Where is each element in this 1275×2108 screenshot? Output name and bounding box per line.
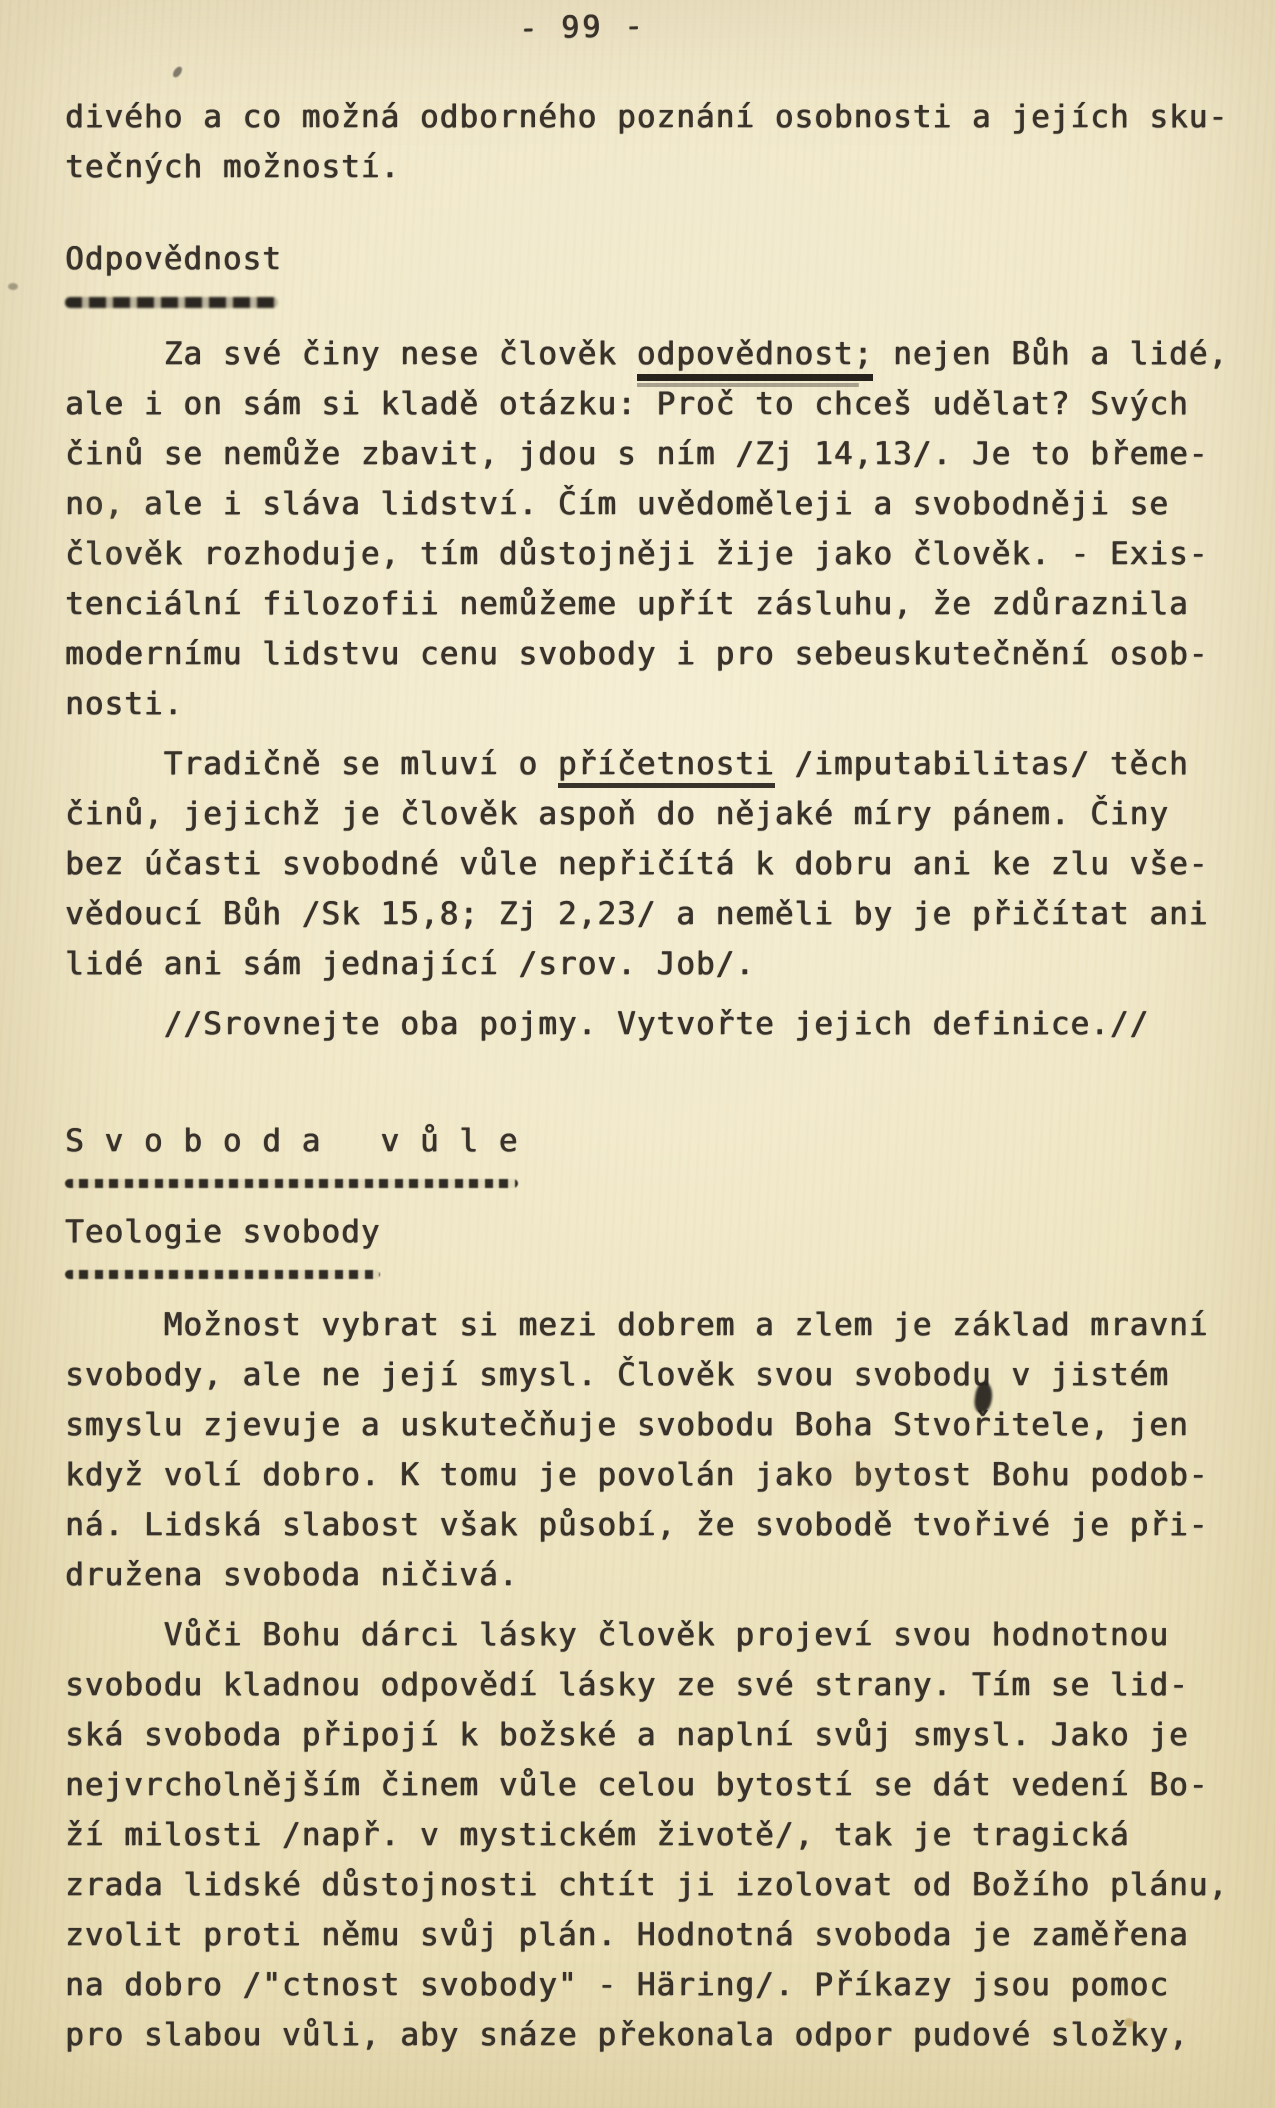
text-line: vědoucí Bůh /Sk 15,8; Zj 2,23/ a neměli … (65, 889, 1250, 939)
text-line: tenciální filozofii nemůžeme upřít záslu… (65, 579, 1250, 629)
text-line: no, ale i sláva lidství. Čím uvědoměleji… (65, 479, 1250, 529)
text-line: zvolit proti němu svůj plán. Hodnotná sv… (65, 1910, 1250, 1960)
text-line: ská svoboda připojí k božské a naplní sv… (65, 1710, 1250, 1760)
text-segment: nejvrcholnějším činem vůle celou bytostí… (65, 1767, 1208, 1803)
document-body: divého a co možná odborného poznání osob… (65, 92, 1250, 2060)
text-segment: družena svoboda ničivá. (65, 1557, 518, 1593)
text-segment: svobodu kladnou odpovědí lásky ze své st… (65, 1667, 1189, 1703)
paragraph: Tradičně se mluví o příčetnosti /imputab… (65, 739, 1250, 989)
text-segment: no, ale i sláva lidství. Čím uvědoměleji… (65, 486, 1169, 522)
text-line: činů, jejichž je člověk aspoň do nějaké … (65, 789, 1250, 839)
section-heading: S v o b o d a v ů l e (65, 1116, 1250, 1188)
text-segment: Možnost vybrat si mezi dobrem a zlem je … (65, 1307, 1208, 1343)
paper-speck (8, 283, 18, 290)
paragraph: divého a co možná odborného poznání osob… (65, 92, 1250, 192)
text-segment: smyslu zjevuje a uskutečňuje svobodu Boh… (65, 1407, 1189, 1443)
text-line: pro slabou vůli, aby snáze překonala odp… (65, 2010, 1250, 2060)
paragraph: //Srovnejte oba pojmy. Vytvořte jejich d… (65, 999, 1250, 1049)
text-line: svobody, ale ne její smysl. Člověk svou … (65, 1350, 1250, 1400)
text-segment: svobody, ale ne její smysl. Člověk svou … (65, 1357, 1169, 1393)
text-segment: divého a co možná odborného poznání osob… (65, 99, 1228, 135)
text-line: divého a co možná odborného poznání osob… (65, 92, 1250, 142)
text-segment: tečných možností. (65, 149, 400, 185)
text-segment: lidé ani sám jednající /srov. Job/. (65, 946, 755, 982)
text-line: člověk rozhoduje, tím důstojněji žije ja… (65, 529, 1250, 579)
text-line: bez účasti svobodné vůle nepřičítá k dob… (65, 839, 1250, 889)
paper-speck (1124, 2018, 1134, 2027)
text-line: nosti. (65, 679, 1250, 729)
text-segment: ná. Lidská slabost však působí, že svobo… (65, 1507, 1208, 1543)
text-line: činů se nemůže zbavit, jdou s ním /Zj 14… (65, 429, 1250, 479)
text-segment: /imputabilitas/ těch (775, 746, 1189, 782)
paragraph: Za své činy nese člověk odpovědnost; nej… (65, 329, 1250, 729)
underlined-term: příčetnosti (558, 746, 775, 795)
text-line: zrada lidské důstojnosti chtít ji izolov… (65, 1860, 1250, 1910)
text-line: Tradičně se mluví o příčetnosti /imputab… (65, 739, 1250, 789)
text-segment: pro slabou vůli, aby snáze překonala odp… (65, 2017, 1189, 2053)
text-segment: vědoucí Bůh /Sk 15,8; Zj 2,23/ a neměli … (65, 896, 1208, 932)
text-segment: ská svoboda připojí k božské a naplní sv… (65, 1717, 1189, 1753)
paragraph: Vůči Bohu dárci lásky člověk projeví svo… (65, 1610, 1250, 2060)
text-line: svobodu kladnou odpovědí lásky ze své st… (65, 1660, 1250, 1710)
paper-speck (171, 65, 184, 79)
heading-block: S v o b o d a v ů l e (65, 1116, 518, 1188)
heading-underline (65, 1179, 518, 1188)
paragraph: Možnost vybrat si mezi dobrem a zlem je … (65, 1300, 1250, 1600)
text-segment: bez účasti svobodné vůle nepřičítá k dob… (65, 846, 1208, 882)
section-heading: Teologie svobody (65, 1207, 1250, 1279)
page-number: - 99 - (519, 9, 646, 47)
text-segment: nosti. (65, 686, 183, 722)
text-line: ná. Lidská slabost však působí, že svobo… (65, 1500, 1250, 1550)
text-line: //Srovnejte oba pojmy. Vytvořte jejich d… (65, 999, 1250, 1049)
text-segment: když volí dobro. K tomu je povolán jako … (65, 1457, 1208, 1493)
scanned-page: - 99 - divého a co možná odborného pozná… (0, 0, 1275, 2108)
text-line: smyslu zjevuje a uskutečňuje svobodu Boh… (65, 1400, 1250, 1450)
text-line: Možnost vybrat si mezi dobrem a zlem je … (65, 1300, 1250, 1350)
text-segment: tenciální filozofii nemůžeme upřít záslu… (65, 586, 1189, 622)
section-heading: Odpovědnost (65, 234, 1250, 308)
text-segment: na dobro /"ctnost svobody" - Häring/. Př… (65, 1967, 1169, 2003)
text-segment: člověk rozhoduje, tím důstojněji žije ja… (65, 536, 1208, 572)
text-segment: zrada lidské důstojnosti chtít ji izolov… (65, 1867, 1228, 1903)
heading-underline (65, 297, 278, 308)
text-segment: ží milosti /např. v mystickém životě/, t… (65, 1817, 1130, 1853)
text-line: ale i on sám si kladě otázku: Proč to ch… (65, 379, 1250, 429)
text-segment: Za své činy nese člověk (65, 336, 637, 372)
text-segment: //Srovnejte oba pojmy. Vytvořte jejich d… (65, 1006, 1149, 1042)
text-segment: zvolit proti němu svůj plán. Hodnotná sv… (65, 1917, 1189, 1953)
text-segment: modernímu lidstvu cenu svobody i pro seb… (65, 636, 1208, 672)
text-line: tečných možností. (65, 142, 1250, 192)
text-segment: činů, jejichž je člověk aspoň do nějaké … (65, 796, 1169, 832)
text-line: ží milosti /např. v mystickém životě/, t… (65, 1810, 1250, 1860)
text-segment: ale i on sám si kladě otázku: Proč to ch… (65, 386, 1189, 422)
text-line: lidé ani sám jednající /srov. Job/. (65, 939, 1250, 989)
text-line: Za své činy nese člověk odpovědnost; nej… (65, 329, 1250, 379)
text-segment: Vůči Bohu dárci lásky člověk projeví svo… (65, 1617, 1169, 1653)
heading-underline (65, 1270, 380, 1279)
text-line: když volí dobro. K tomu je povolán jako … (65, 1450, 1250, 1500)
heading-block: Teologie svobody (65, 1207, 380, 1279)
text-line: Vůči Bohu dárci lásky člověk projeví svo… (65, 1610, 1250, 1660)
heading-text: Teologie svobody (65, 1207, 380, 1257)
heading-block: Odpovědnost (65, 234, 282, 308)
text-line: nejvrcholnějším činem vůle celou bytostí… (65, 1760, 1250, 1810)
text-segment: Tradičně se mluví o (65, 746, 558, 782)
text-line: modernímu lidstvu cenu svobody i pro seb… (65, 629, 1250, 679)
heading-text: Odpovědnost (65, 234, 282, 284)
text-segment: nejen Bůh a lidé, (873, 336, 1228, 372)
text-segment: činů se nemůže zbavit, jdou s ním /Zj 14… (65, 436, 1208, 472)
heading-text: S v o b o d a v ů l e (65, 1116, 518, 1166)
text-line: družena svoboda ničivá. (65, 1550, 1250, 1600)
text-line: na dobro /"ctnost svobody" - Häring/. Př… (65, 1960, 1250, 2010)
